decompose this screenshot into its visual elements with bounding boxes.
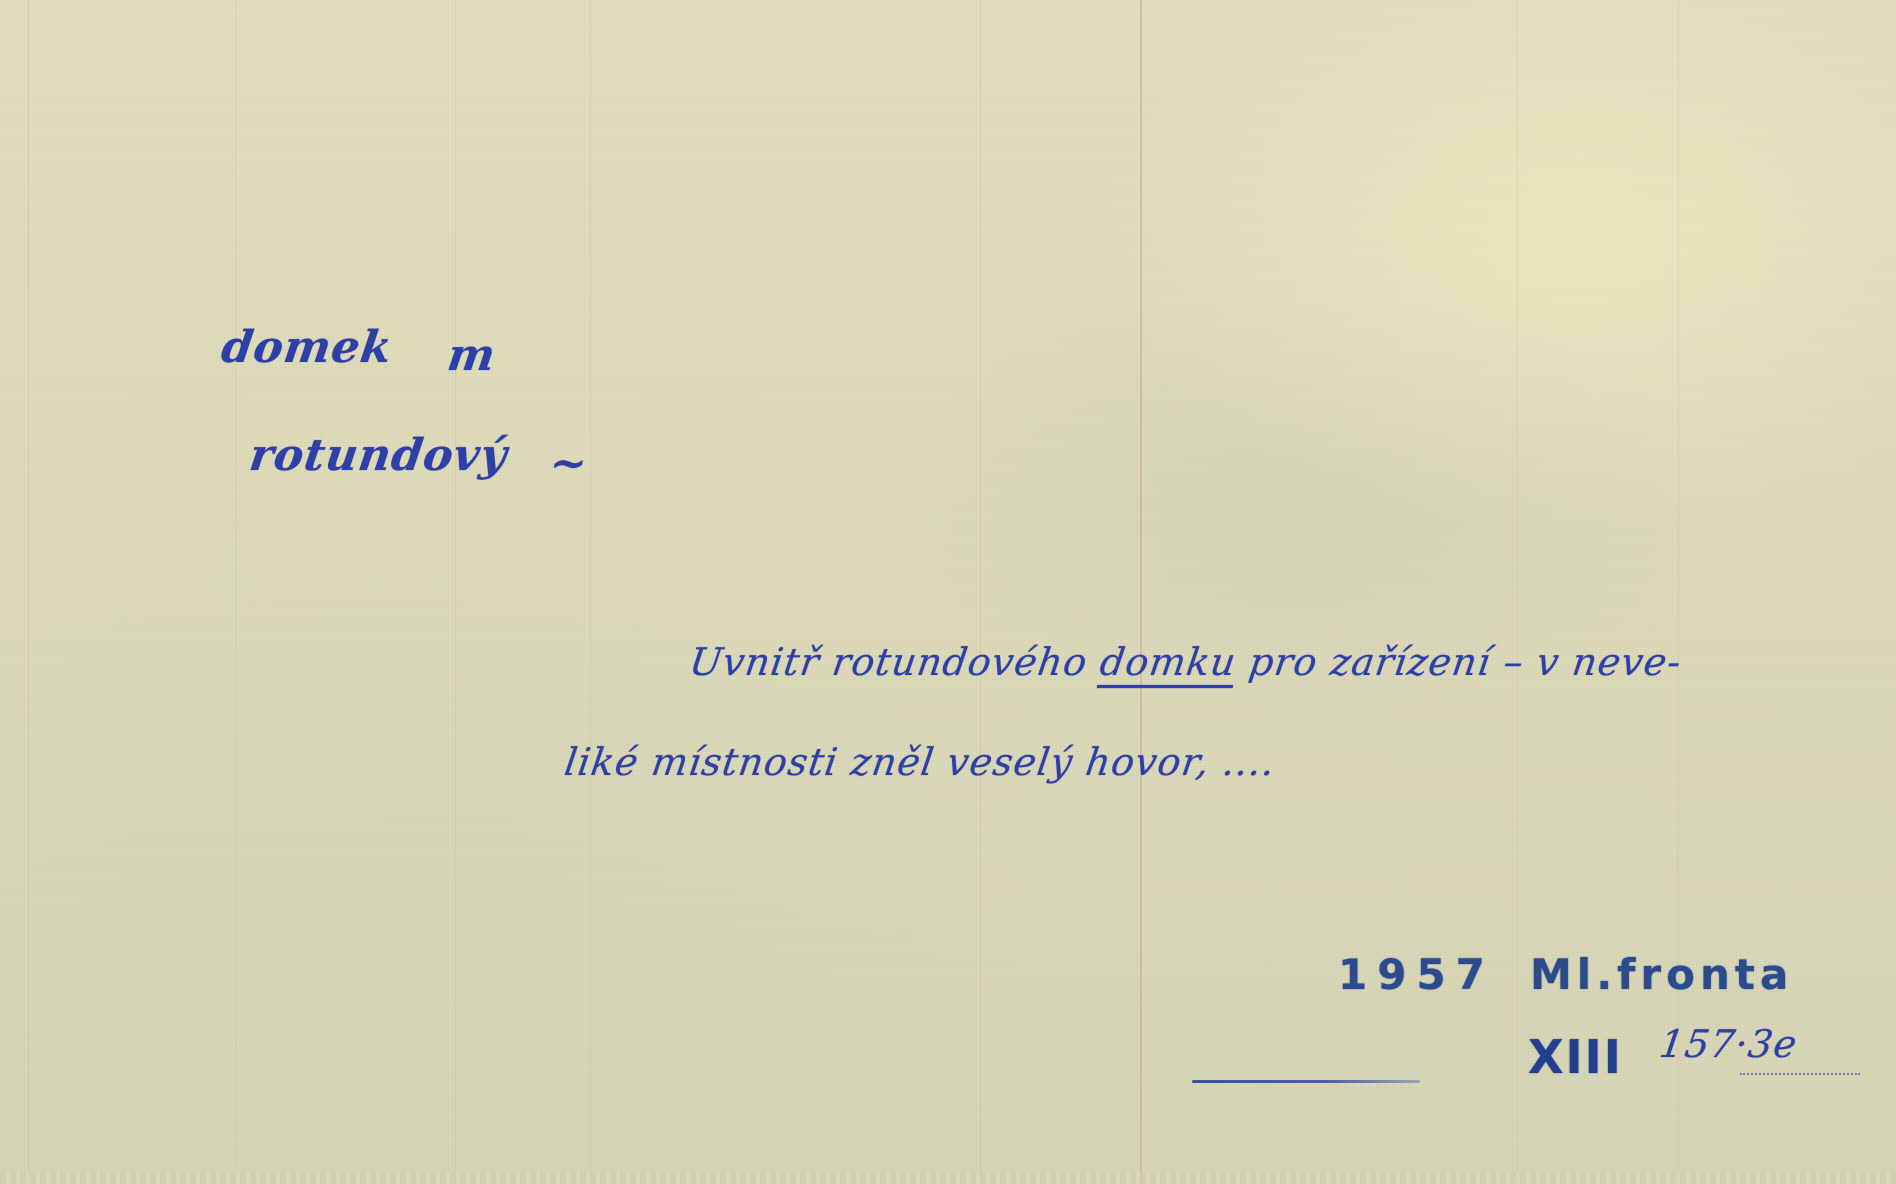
- citation-prefix: Uvnitř rotundového: [687, 640, 1091, 684]
- margin-line: [1140, 0, 1142, 1184]
- headword-lemma: domek: [218, 322, 395, 373]
- citation-line-1: Uvnitř rotundového domku pro zařízení – …: [687, 640, 1685, 684]
- source-page-reference: 157·3e: [1657, 1022, 1800, 1066]
- signature-line: [1192, 1080, 1420, 1083]
- citation-keyword: domku: [1097, 640, 1239, 684]
- card-bottom-edge: [0, 1172, 1896, 1184]
- citation-suffix: pro zařízení – v neve-: [1246, 640, 1684, 684]
- grammar-gender-mark: m: [444, 330, 499, 381]
- ruled-line: [235, 0, 236, 1184]
- ruled-line: [455, 0, 456, 1184]
- ruled-line: [590, 0, 591, 1184]
- excerpt-card: domek m rotundový ~ Uvnitř rotundového d…: [0, 0, 1896, 1184]
- signature-dotted-line: [1740, 1073, 1860, 1075]
- ruled-line: [980, 0, 981, 1184]
- paper-texture: [0, 0, 1896, 1184]
- source-volume-stamp: XIII: [1528, 1030, 1623, 1084]
- source-publisher-stamp: Ml.fronta: [1530, 950, 1793, 999]
- ruled-line: [1517, 0, 1518, 1184]
- tilde-mark: ~: [546, 438, 591, 489]
- source-year-stamp: 1957: [1338, 950, 1495, 999]
- citation-line-2: liké místnosti zněl veselý hovor, ....: [562, 740, 1278, 784]
- ruled-line: [1678, 0, 1679, 1184]
- ruled-line: [28, 0, 29, 1184]
- headword-qualifier: rotundový: [246, 430, 510, 481]
